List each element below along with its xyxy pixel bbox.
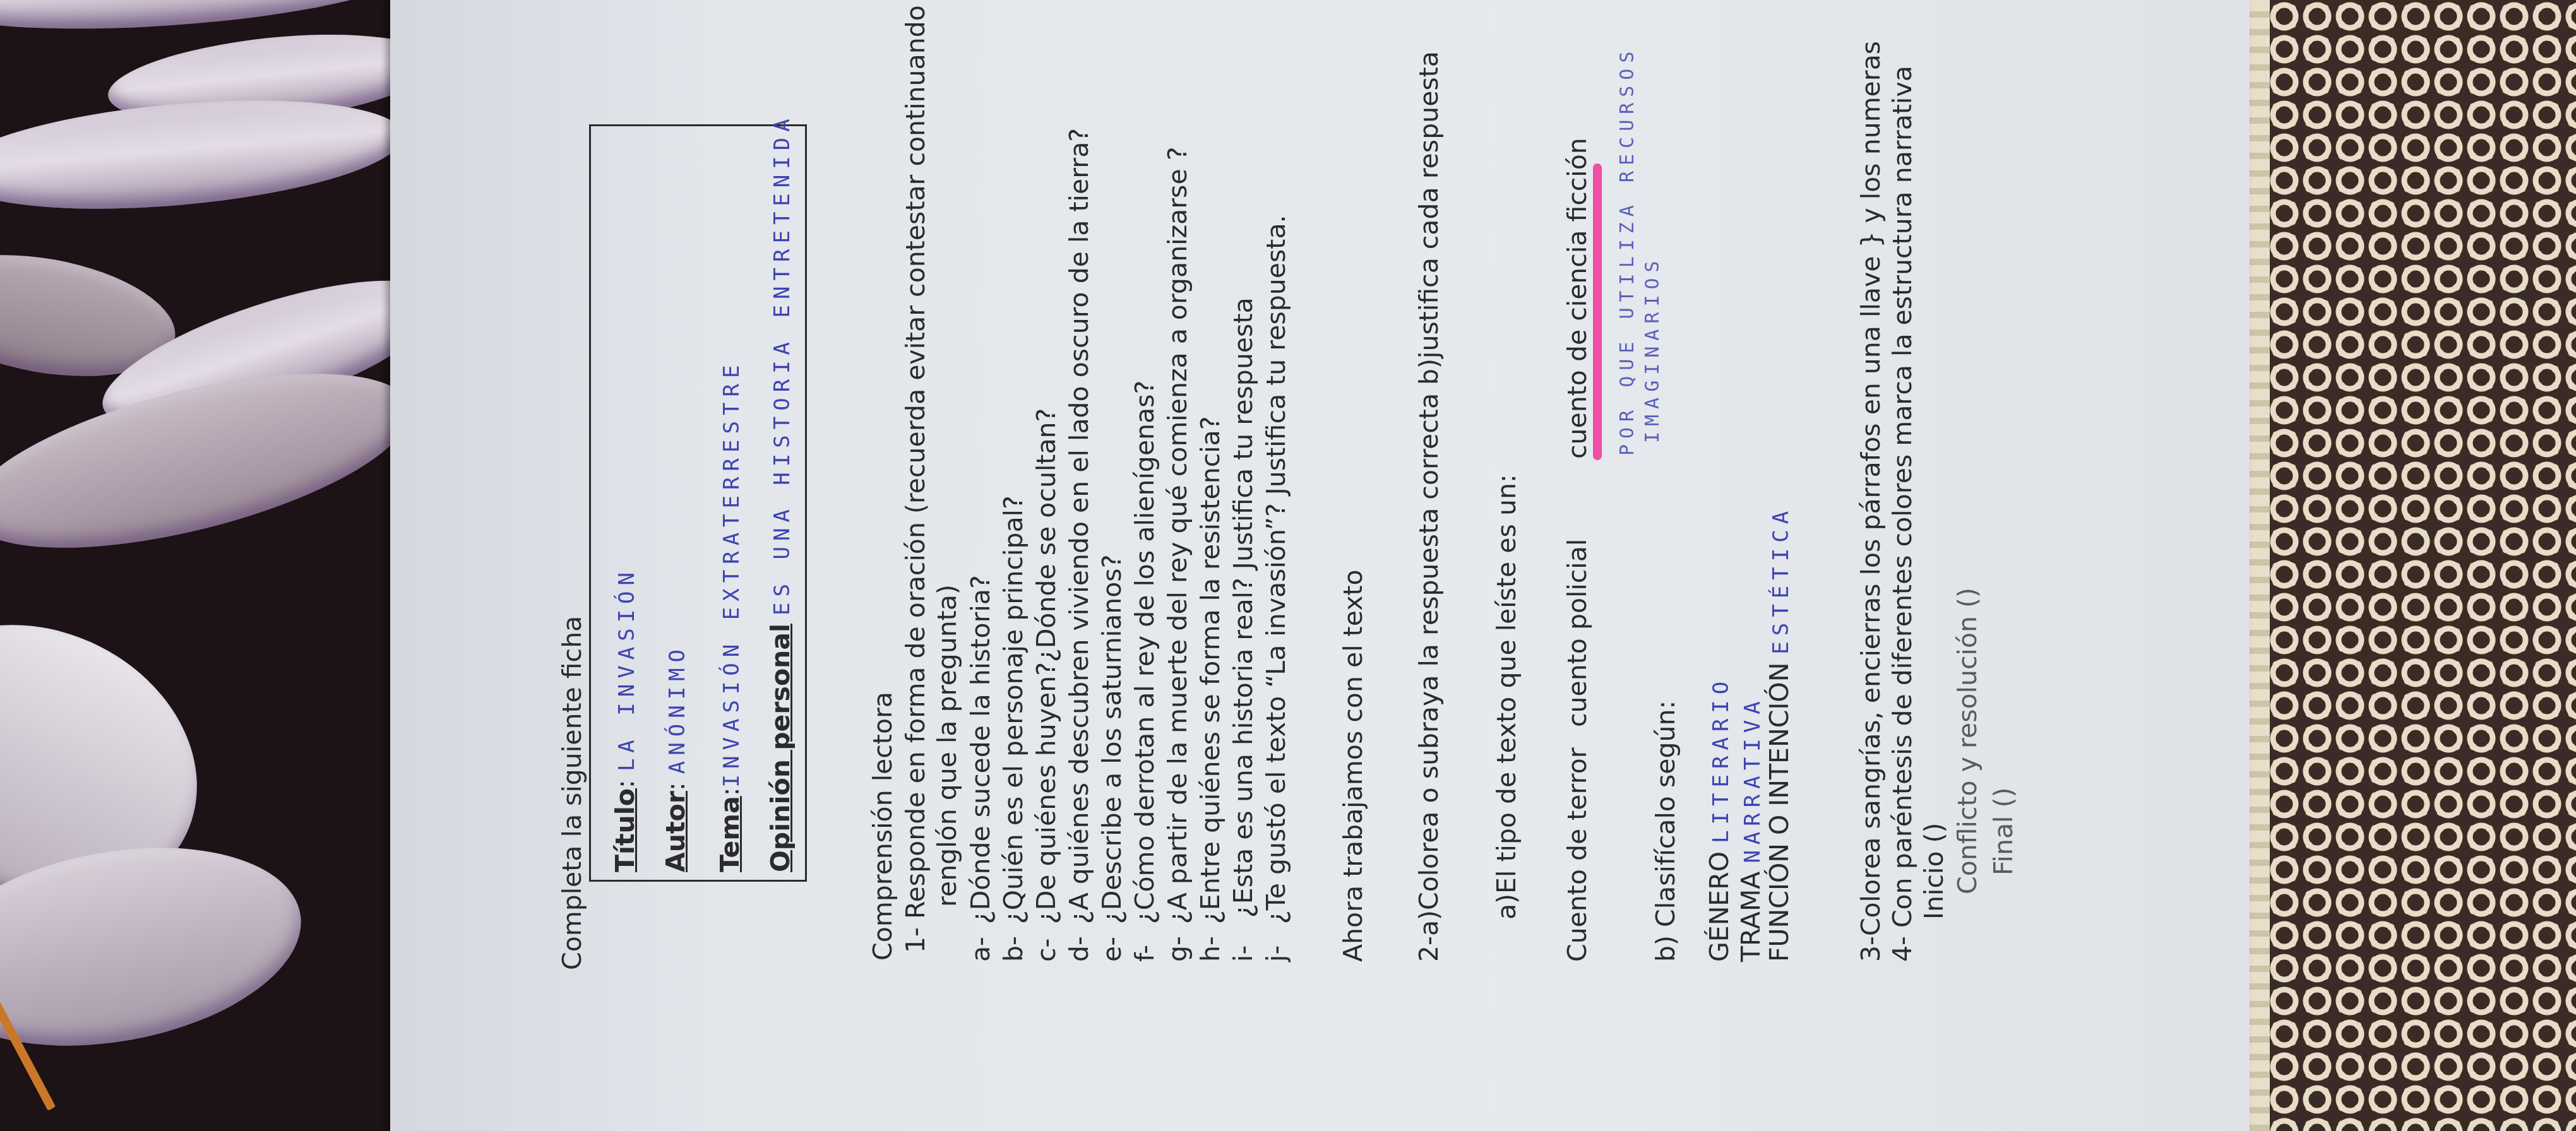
- trama-row: TRAMA NARRATIVA: [1738, 696, 1764, 962]
- item2-text: 2-a)Colorea o subraya la respuesta corre…: [1416, 51, 1442, 962]
- question-item: d-¿A quiénes descubren viviendo en el la…: [1066, 128, 1092, 962]
- question-text: ¿Esta es una historia real? Justifica tu…: [1228, 297, 1258, 918]
- question-item: f-¿Cómo derrotan al rey de los alienígen…: [1132, 381, 1158, 962]
- item4-text: 4- Con paréntesis de diferentes colores …: [1890, 66, 1916, 962]
- estructura-final: Final (): [1991, 787, 2017, 875]
- estructura-conflicto: Conflicto y resolución (): [1955, 588, 1981, 894]
- titulo-label: Título: [610, 788, 640, 872]
- opinion-answer: ES UNA HISTORIA ENTRETENIDA: [770, 113, 795, 615]
- question-letter: b-: [1001, 924, 1027, 962]
- question-item: j-¿Te gustó el texto “La invasión”? Just…: [1263, 215, 1289, 962]
- question-item: c-¿De quiénes huyen?¿Dónde se ocultan?: [1034, 408, 1059, 962]
- opinion-label: Opinión personal: [765, 624, 796, 872]
- ficha-tema: Tema:INVASIÓN EXTRATERRESTRE: [717, 360, 743, 872]
- item2a-text: a)El tipo de texto que leíste es un:: [1494, 474, 1520, 920]
- option-ciencia-ficcion[interactable]: cuento de ciencia ficción: [1565, 138, 1590, 459]
- item1-line2: renglón que la pregunta): [934, 584, 960, 907]
- question-item: a-¿Dónde sucede la historia?: [968, 575, 994, 962]
- titulo-answer: LA INVASIÓN: [614, 567, 640, 771]
- trama-answer: NARRATIVA: [1740, 696, 1765, 863]
- question-letter: d-: [1066, 924, 1092, 962]
- question-text: ¿Entre quiénes se forma la resistencia?: [1195, 417, 1225, 925]
- estructura-inicio: Inicio (): [1921, 822, 1947, 920]
- autor-label: Autor: [660, 791, 691, 872]
- item2b-text: b) Clasifícalo según:: [1653, 701, 1679, 962]
- background-painting: [0, 0, 404, 1131]
- funcion-label: FUNCIÓN O INTENCIÓN: [1764, 663, 1794, 962]
- question-text: ¿Describe a los saturnianos?: [1097, 555, 1127, 924]
- question-letter: e-: [1099, 924, 1125, 962]
- funcion-answer: ESTÉTICA: [1768, 506, 1794, 654]
- question-item: h-¿Entre quiénes se forma la resistencia…: [1198, 417, 1224, 962]
- question-letter: a-: [968, 924, 994, 962]
- justification-line2: IMAGINARIOS: [1643, 255, 1662, 443]
- tema-answer: INVASIÓN EXTRATERRESTRE: [719, 360, 744, 788]
- comprension-heading: Comprensión lectora: [870, 692, 896, 961]
- funcion-row: FUNCIÓN O INTENCIÓN ESTÉTICA: [1767, 506, 1792, 962]
- genero-answer: LITERARIO: [1708, 676, 1734, 843]
- question-letter: g-: [1165, 924, 1191, 962]
- worksheet-content: Completa la siguiente ficha Título: LA I…: [390, 0, 2250, 1131]
- genero-label: GÉNERO: [1704, 851, 1734, 962]
- item1-line1: 1- Responde en forma de oración (recuerd…: [903, 0, 929, 953]
- question-item: i-¿Esta es una historia real? Justifica …: [1231, 297, 1256, 962]
- question-letter: i-: [1231, 918, 1256, 962]
- question-item: e-¿Describe a los saturnianos?: [1099, 555, 1125, 962]
- question-letter: j-: [1263, 924, 1289, 962]
- question-text: ¿Te gustó el texto “La invasión”? Justif…: [1261, 215, 1291, 924]
- question-text: ¿De quiénes huyen?¿Dónde se ocultan?: [1031, 408, 1061, 924]
- trabajo-heading: Ahora trabajamos con el texto: [1340, 569, 1366, 962]
- trama-label: TRAMA: [1736, 872, 1766, 962]
- question-letter: f-: [1132, 924, 1158, 962]
- question-text: ¿Dónde sucede la historia?: [965, 575, 996, 924]
- item3-text: 3-Colorea sangrías, encierras los párraf…: [1858, 41, 1884, 962]
- instruction-text: Completa la siguiente ficha: [559, 616, 585, 970]
- question-letter: h-: [1198, 924, 1224, 962]
- question-text: ¿Quién es el personaje principal?: [998, 495, 1029, 924]
- autor-answer: ANÓNIMO: [665, 644, 690, 774]
- question-text: ¿A quiénes descubren viviendo en el lado…: [1064, 128, 1094, 924]
- option-terror[interactable]: Cuento de terror: [1565, 747, 1590, 962]
- ficha-opinion: Opinión personal ES UNA HISTORIA ENTRETE…: [768, 113, 794, 872]
- pink-highlight-underline: [1593, 163, 1602, 460]
- lace-tablecloth: [2235, 0, 2576, 1131]
- option-policial[interactable]: cuento policial: [1565, 539, 1590, 727]
- tema-label: Tema: [715, 796, 745, 872]
- question-text: ¿Cómo derrotan al rey de los alienígenas…: [1130, 381, 1160, 924]
- question-text: ¿A partir de la muerte del rey qué comie…: [1162, 147, 1193, 924]
- genero-row: GÉNERO LITERARIO: [1707, 676, 1732, 962]
- justification-line1: POR QUE UTILIZA RECURSOS: [1618, 46, 1637, 456]
- question-item: g-¿A partir de la muerte del rey qué com…: [1165, 147, 1191, 962]
- ficha-autor: Autor: ANÓNIMO: [663, 644, 689, 872]
- question-letter: c-: [1034, 924, 1059, 962]
- question-item: b-¿Quién es el personaje principal?: [1001, 495, 1027, 962]
- ficha-titulo: Título: LA INVASIÓN: [612, 567, 638, 872]
